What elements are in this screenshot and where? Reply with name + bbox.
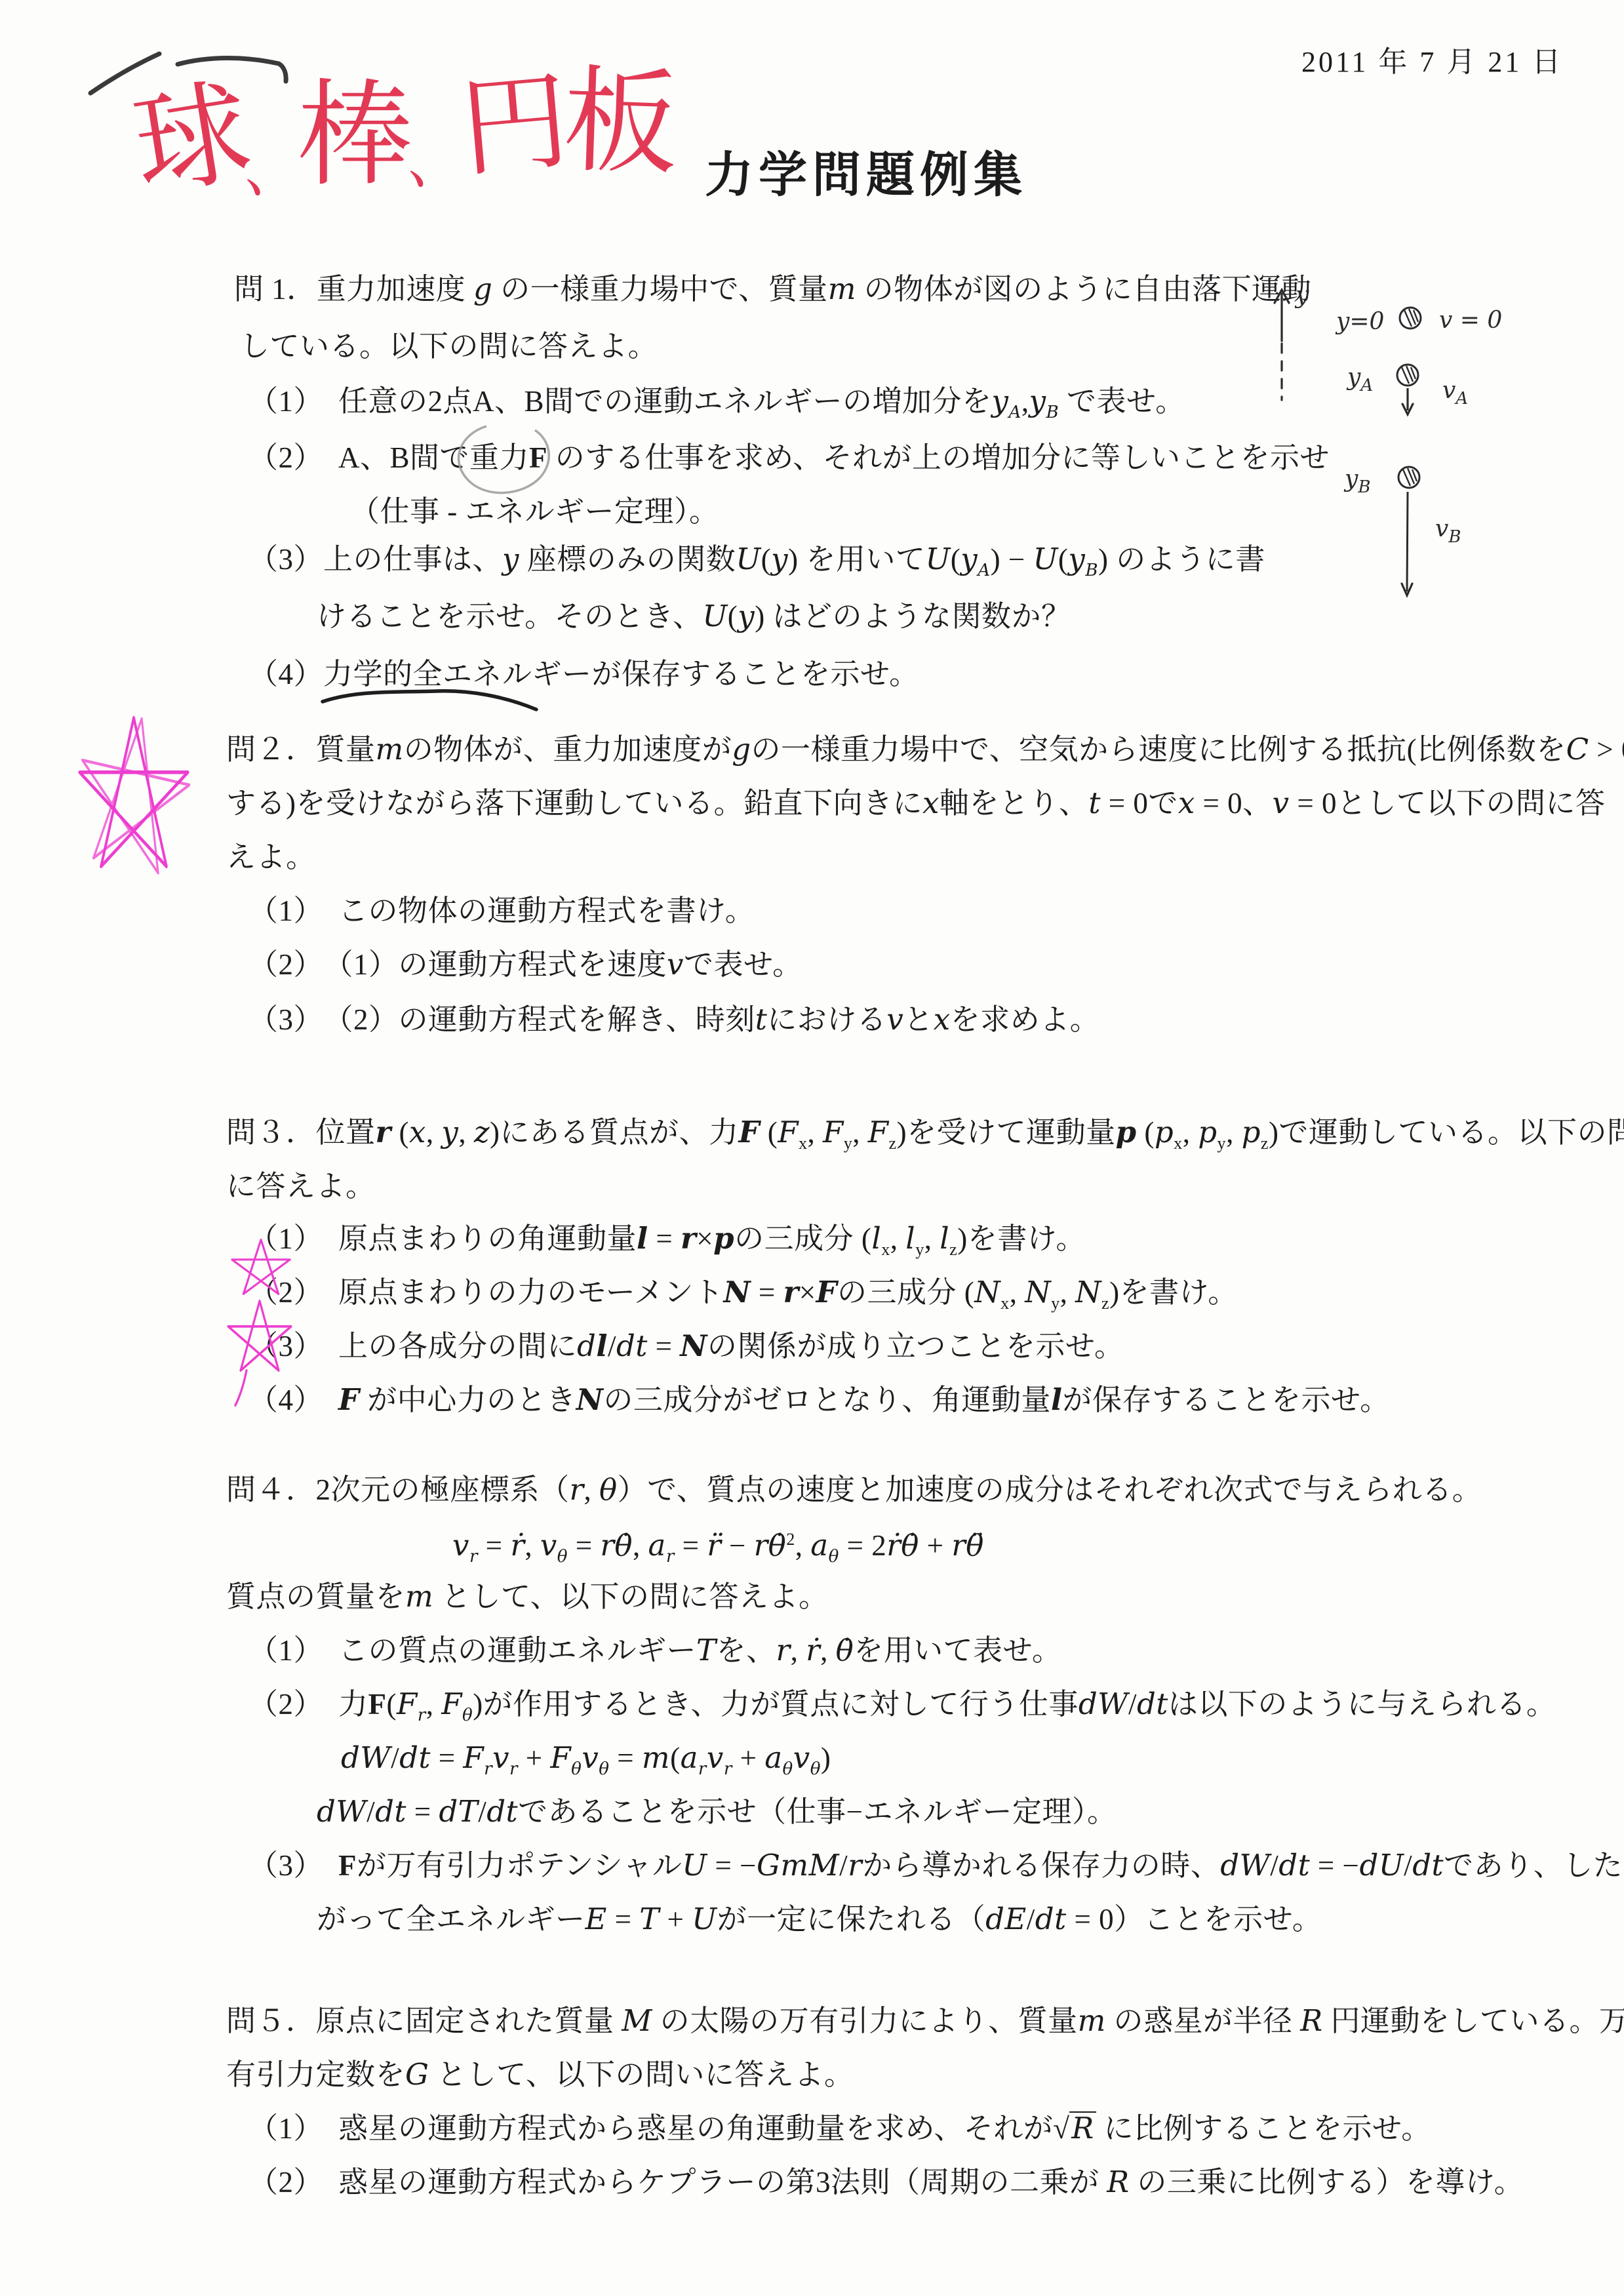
scanned-document-page: 2011 年 7 月 21 日 力学問題例集 球、棒、円板 問 1．重力加速度 … bbox=[0, 0, 1624, 2295]
handwritten-underline bbox=[323, 691, 536, 709]
problem2-line: 問２．質量mの物体が、重力加速度がgの一様重力場中で、空気から速度に比例する抵抗… bbox=[226, 732, 1624, 767]
problem2-line: えよ。 bbox=[226, 839, 316, 875]
ball-at-origin bbox=[1400, 308, 1421, 329]
problem1-item-1: （1） 任意の2点A、B間での運動エネルギーの増加分をyA,yB で表せ。 bbox=[248, 384, 1185, 423]
problem2-item-3: （3） （2）の運動方程式を解き、時刻tにおけるvとxを求めよ。 bbox=[248, 1002, 1099, 1037]
red-note-char: 棒 bbox=[298, 79, 407, 193]
problem3-line: 問３．位置r (x, y, z)にある質点が、力F (Fx, Fy, Fz)を受… bbox=[226, 1115, 1624, 1153]
label-v0: v = 0 bbox=[1439, 307, 1502, 334]
ball-at-A bbox=[1397, 365, 1418, 386]
problem3-line: に答えよ。 bbox=[226, 1168, 376, 1204]
problem1-line: （仕事 - エネルギー定理）。 bbox=[350, 494, 719, 529]
label-yA: yA bbox=[1346, 364, 1373, 395]
page-title: 力学問題例集 bbox=[705, 136, 1027, 206]
problem4-formula-work: dW/dt = Frvr + Fθvθ = m(arvr + aθvθ) bbox=[341, 1740, 831, 1780]
red-note-char: 円 bbox=[456, 68, 568, 184]
problem4-line: dW/dt = dT/dtであることを示せ（仕事−エネルギー定理）。 bbox=[317, 1794, 1117, 1829]
problem2-item-2: （2） （1）の運動方程式を速度vで表せ。 bbox=[248, 947, 802, 982]
problem1-item-2: （2） A、B間で重力F のする仕事を求め、それが上の増加分に等しいことを示せ bbox=[248, 440, 1330, 475]
y-axis-arrow bbox=[1275, 290, 1289, 400]
label-y0: y=0 bbox=[1335, 308, 1384, 335]
red-note-char: 球 bbox=[127, 75, 252, 206]
problem4-formula-velocity: vr = ṙ, vθ = rθ̇, ar = r̈ − rθ̇2, aθ = 2… bbox=[452, 1528, 984, 1567]
document-date: 2011 年 7 月 21 日 bbox=[1301, 38, 1563, 80]
problem1-line: けることを示せ。そのとき、U(y) はどのような関数か？ bbox=[317, 599, 1071, 634]
problem3-item-2: （2） 原点まわりの力のモーメントN = r×Fの三成分 (Nx, Ny, Nz… bbox=[248, 1275, 1238, 1313]
velocity-arrow-A bbox=[1402, 388, 1413, 414]
problem1-item-4: （4）力学的全エネルギーが保存することを示せ。 bbox=[248, 656, 919, 692]
problem4-line: 質点の質量をm として、以下の問に答えよ。 bbox=[226, 1579, 829, 1614]
problem5-line: 有引力定数をG として、以下の問いに答えよ。 bbox=[226, 2057, 854, 2092]
problem4-line: 問４．2次元の極座標系（r, θ）で、質点の速度と加速度の成分はそれぞれ次式で与… bbox=[226, 1472, 1482, 1507]
pink-star-problem2 bbox=[72, 706, 195, 878]
problem3-item-1: （1） 原点まわりの角運動量l = r×pの三成分 (lx, ly, lz)を書… bbox=[248, 1221, 1086, 1260]
red-note-char: 、 bbox=[405, 132, 467, 199]
problem1-line: 問 1．重力加速度 g の一様重力場中で、質量m の物体が図のように自由落下運動 bbox=[234, 271, 1311, 307]
handwritten-red-note: 球、棒、円板 bbox=[132, 58, 676, 201]
problem5-line: 問５．原点に固定された質量 M の太陽の万有引力により、質量m の惑星が半径 R… bbox=[226, 2003, 1624, 2039]
problem3-item-4: （4） F が中心力のときNの三成分がゼロとなり、角運動量lが保存することを示せ… bbox=[248, 1382, 1390, 1418]
velocity-arrow-B bbox=[1402, 492, 1412, 595]
label-vB: vB bbox=[1435, 515, 1461, 547]
problem2-item-1: （1） この物体の運動方程式を書け。 bbox=[248, 893, 755, 928]
label-yB: yB bbox=[1343, 466, 1370, 497]
problem4-item-1: （1） この質点の運動エネルギーTを、r, ṙ, θ̇を用いて表せ。 bbox=[248, 1633, 1061, 1668]
label-vA: vA bbox=[1442, 377, 1468, 409]
problem4-line: がって全エネルギーE = T + Uが一定に保たれる（dE/dt = 0）ことを… bbox=[317, 1902, 1322, 1937]
problem2-line: する)を受けながら落下運動している。鉛直下向きにx軸をとり、t = 0でx = … bbox=[226, 786, 1606, 821]
problem5-item-1: （1） 惑星の運動方程式から惑星の角運動量を求め、それが√R に比例することを示… bbox=[248, 2111, 1431, 2146]
problem1-line: している。以下の問に答えよ。 bbox=[240, 329, 658, 364]
axis-label-y: y bbox=[1294, 282, 1309, 309]
problem4-item-3: （3） Fが万有引力ポテンシャルU = −GmM/rから導かれる保存力の時、dW… bbox=[248, 1848, 1623, 1883]
red-note-char: 、 bbox=[242, 141, 304, 208]
red-note-char: 板 bbox=[561, 64, 675, 183]
problem4-item-2: （2） 力F(Fr, Fθ)が作用するとき、力が質点に対して行う仕事dW/dtは… bbox=[248, 1686, 1556, 1726]
problem5-item-2: （2） 惑星の運動方程式からケプラーの第3法則（周期の二乗が R の三乗に比例す… bbox=[248, 2165, 1524, 2200]
ball-at-B bbox=[1398, 467, 1419, 488]
problem1-item-3: （3）上の仕事は、y 座標のみの関数U(y) を用いてU(yA) − U(yB)… bbox=[248, 542, 1265, 581]
problem3-item-3: （3） 上の各成分の間にdl/dt = Nの関係が成り立つことを示せ。 bbox=[248, 1328, 1124, 1364]
free-fall-diagram: y y=0 v = 0 yA vA yB vB bbox=[1246, 262, 1528, 616]
